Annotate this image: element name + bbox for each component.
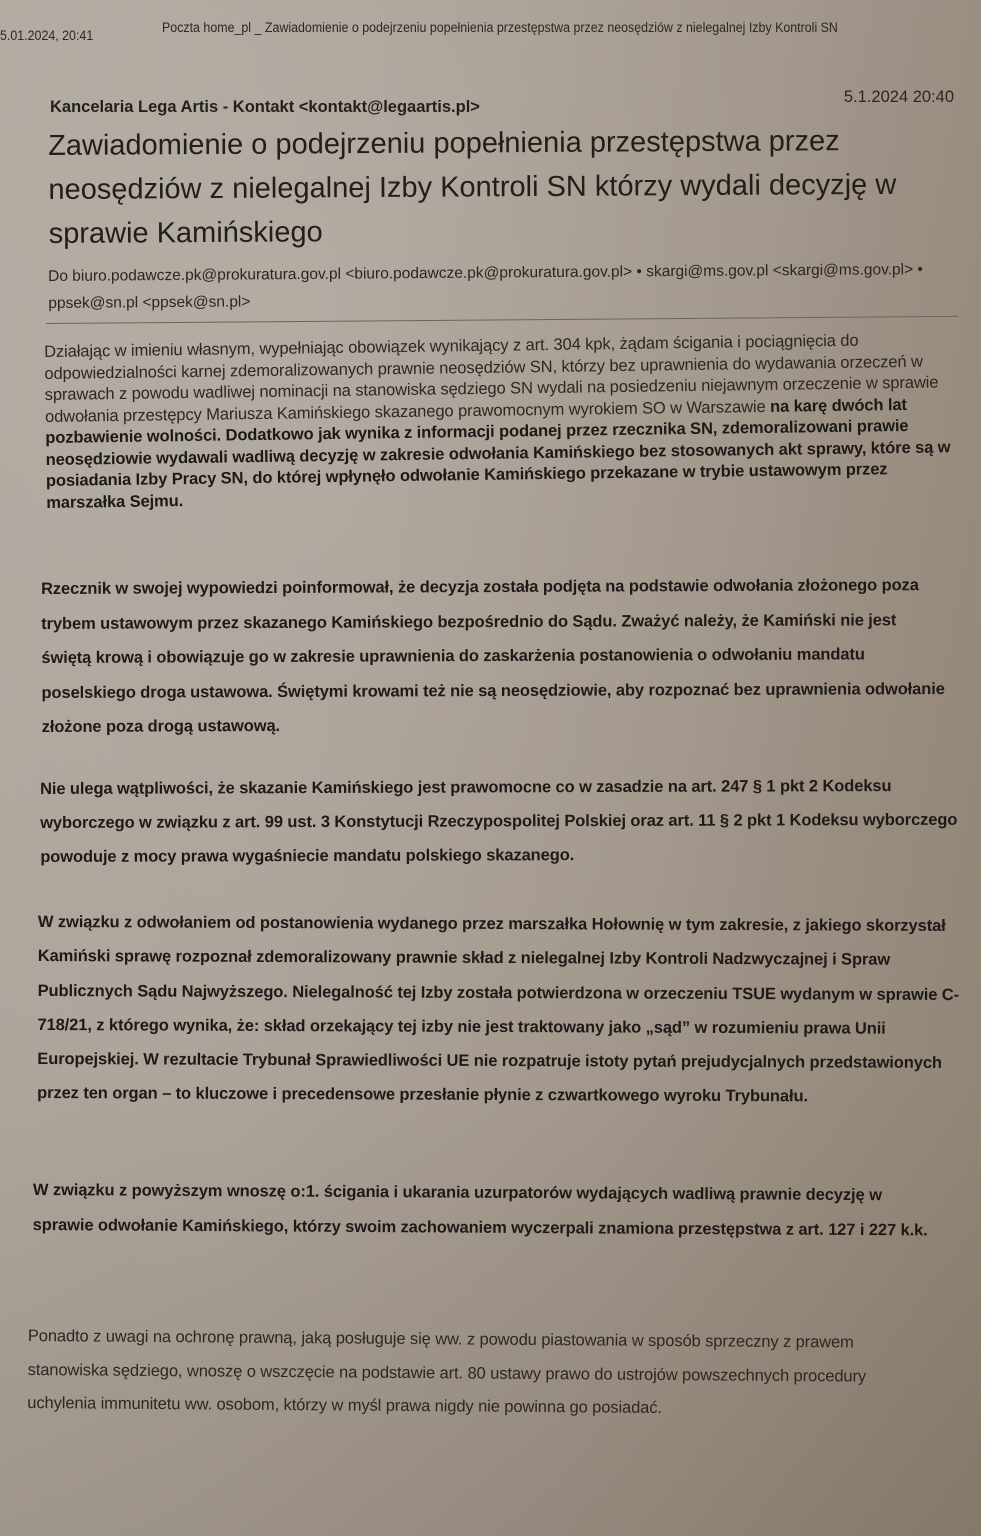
body-paragraph-2: Rzecznik w swojej wypowiedzi poinformowa… (41, 568, 947, 744)
body-paragraph-6: Ponadto z uwagi na ochronę prawną, jaką … (27, 1320, 918, 1427)
header-divider (46, 316, 958, 324)
email-subject: Zawiadomienie o podejrzeniu popełnienia … (48, 118, 964, 256)
print-page-title: Poczta home_pl _ Zawiadomienie o podejrz… (162, 20, 838, 35)
email-recipients: Do biuro.podawcze.pk@prokuratura.gov.pl … (48, 256, 948, 317)
body-paragraph-1: Działając w imieniu własnym, wypełniając… (44, 329, 956, 514)
body-paragraph-3: Nie ulega wątpliwości, że skazanie Kamiń… (40, 769, 970, 874)
body-paragraph-5: W związku z powyższym wnoszę o:1. ścigan… (33, 1173, 938, 1249)
print-timestamp: 5.01.2024, 20:41 (0, 28, 93, 43)
email-sent-date: 5.1.2024 20:40 (844, 88, 954, 107)
body-paragraph-4: W związku z odwołaniem od postanowienia … (37, 905, 963, 1115)
printed-email-page: 5.01.2024, 20:41 Poczta home_pl _ Zawiad… (0, 0, 981, 1536)
email-sender: Kancelaria Lega Artis - Kontakt <kontakt… (50, 98, 480, 117)
